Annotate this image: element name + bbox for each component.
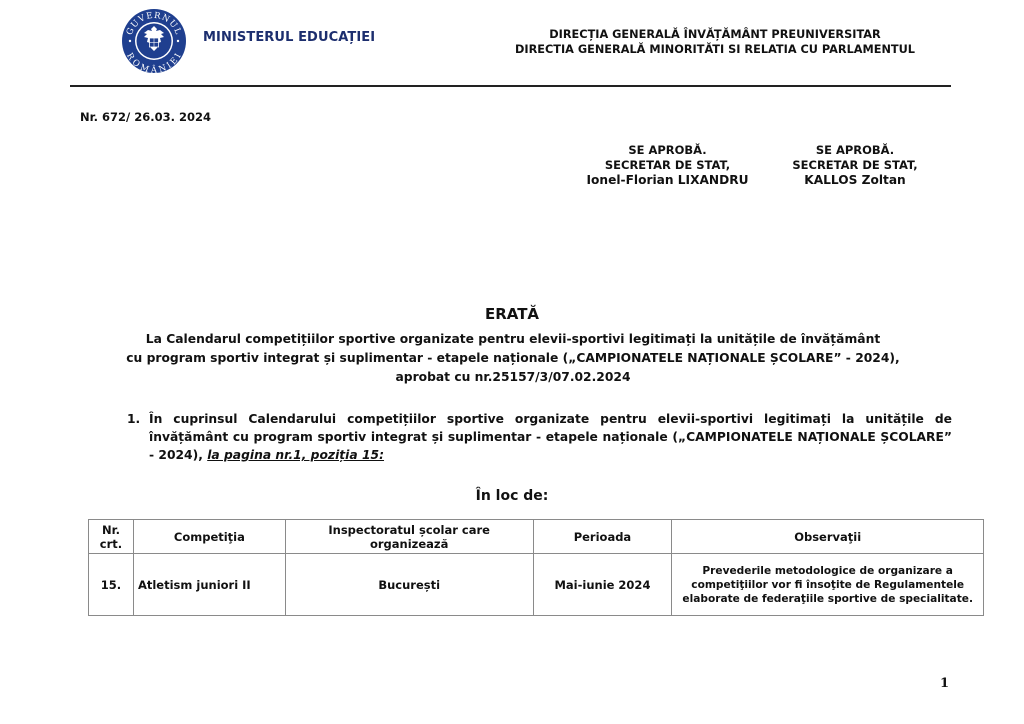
subtitle-line-1: La Calendarul competițiilor sportive org… [80, 330, 946, 349]
cell-perioada: Mai-iunie 2024 [533, 554, 672, 616]
header-nr: Nr. crt. [89, 520, 134, 554]
page-number: 1 [940, 676, 949, 691]
approval-role: SECRETAR DE STAT, [560, 158, 775, 173]
item-number: 1. [127, 410, 140, 428]
registration-number: Nr. 672/ 26.03. 2024 [80, 110, 211, 124]
table-header-row: Nr. crt. Competiţia Inspectoratul școlar… [89, 520, 984, 554]
approval-role: SECRETAR DE STAT, [770, 158, 940, 173]
table-row: 15. Atletism juniori II București Mai-iu… [89, 554, 984, 616]
approval-signatory: KALLOS Zoltan [770, 173, 940, 188]
cell-nr: 15. [89, 554, 134, 616]
item-text-block: În cuprinsul Calendarului competițiilor … [149, 410, 952, 464]
header-inspectorat: Inspectoratul școlar care organizează [285, 520, 533, 554]
header-competitia: Competiţia [133, 520, 285, 554]
direction-line-2: DIRECTIA GENERALĂ MINORITĂTI SI RELATIA … [500, 42, 930, 57]
ministry-name: MINISTERUL EDUCAȚIEI [203, 30, 375, 45]
cell-observatii: Prevederile metodologice de organizare a… [672, 554, 984, 616]
approval-block-1: SE APROBĂ. SECRETAR DE STAT, Ionel-Flori… [560, 143, 775, 188]
approval-block-2: SE APROBĂ. SECRETAR DE STAT, KALLOS Zolt… [770, 143, 940, 188]
approval-signatory: Ionel-Florian LIXANDRU [560, 173, 775, 188]
header-divider [70, 85, 951, 87]
approval-label: SE APROBĂ. [560, 143, 775, 158]
approval-label: SE APROBĂ. [770, 143, 940, 158]
cell-competitia: Atletism juniori II [133, 554, 285, 616]
government-logo: GUVERNUL ROMÂNIEI [121, 8, 187, 74]
header-observatii: Observaţii [672, 520, 984, 554]
section-heading-in-loc-de: În loc de: [0, 488, 1024, 504]
competition-table: Nr. crt. Competiţia Inspectoratul școlar… [88, 519, 984, 616]
cell-inspectorat: București [285, 554, 533, 616]
subtitle-line-2: cu program sportiv integrat și supliment… [80, 349, 946, 368]
header-perioada: Perioada [533, 520, 672, 554]
item-reference: la pagina nr.1, poziția 15: [207, 448, 384, 462]
document-subtitle: La Calendarul competițiilor sportive org… [80, 330, 946, 387]
subtitle-line-3: aprobat cu nr.25157/3/07.02.2024 [80, 368, 946, 387]
direction-line-1: DIRECȚIA GENERALĂ ÎNVĂȚĂMÂNT PREUNIVERSI… [500, 27, 930, 42]
erratum-item: 1. În cuprinsul Calendarului competițiil… [127, 410, 952, 464]
directions-header: DIRECȚIA GENERALĂ ÎNVĂȚĂMÂNT PREUNIVERSI… [500, 27, 930, 57]
coat-of-arms-icon: GUVERNUL ROMÂNIEI [121, 8, 187, 74]
document-title: ERATĂ [0, 305, 1024, 323]
